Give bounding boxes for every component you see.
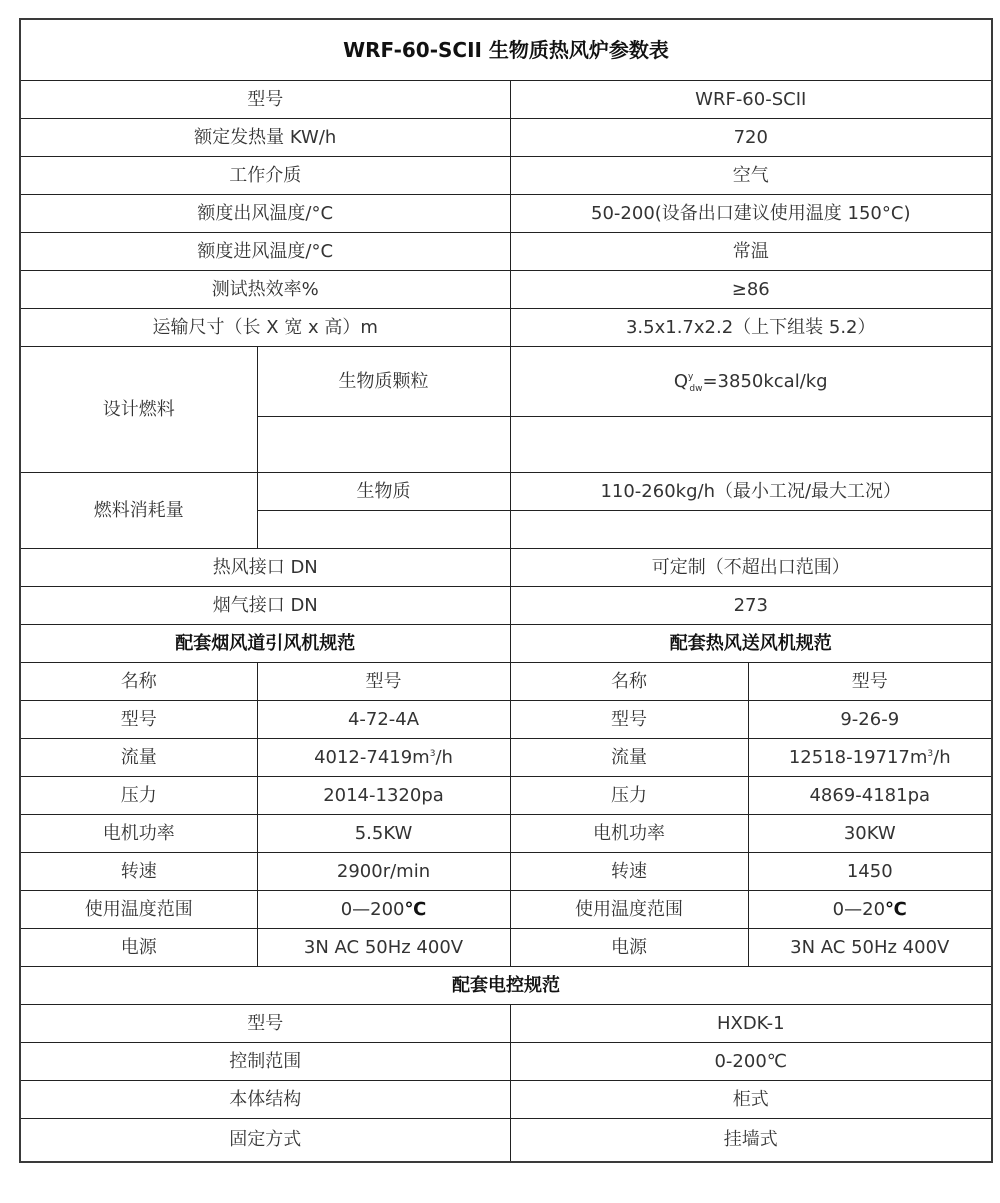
induced-fan-title: 配套烟风道引风机规范: [20, 625, 510, 663]
control-value: HXDK-1: [510, 1005, 992, 1043]
table-row: 测试热效率% ≥86: [20, 271, 992, 309]
table-row: 压力 2014-1320pa 压力 4869-4181pa: [20, 777, 992, 815]
col-header-name: 名称: [510, 663, 748, 701]
param-label: 型号: [20, 81, 510, 119]
param-value: 720: [510, 119, 992, 157]
table-row: 额定发热量 KW/h 720: [20, 119, 992, 157]
control-title: 配套电控规范: [20, 967, 992, 1005]
table-row: 额度进风温度/°C 常温: [20, 233, 992, 271]
interface-value: 273: [510, 587, 992, 625]
table-row: 电源 3N AC 50Hz 400V 电源 3N AC 50Hz 400V: [20, 929, 992, 967]
fan-spec-name: 电机功率: [510, 815, 748, 853]
table-row: 运输尺寸（长 X 宽 x 高）m 3.5x1.7x2.2（上下组装 5.2）: [20, 309, 992, 347]
table-title: WRF-60-SCII 生物质热风炉参数表: [20, 19, 992, 81]
interface-value: 可定制（不超出口范围）: [510, 549, 992, 587]
fan-spec-value: 5.5KW: [257, 815, 510, 853]
fan-spec-name: 流量: [510, 739, 748, 777]
control-label: 本体结构: [20, 1081, 510, 1119]
interface-label: 热风接口 DN: [20, 549, 510, 587]
control-label: 控制范围: [20, 1043, 510, 1081]
param-value: 常温: [510, 233, 992, 271]
param-label: 额定发热量 KW/h: [20, 119, 510, 157]
param-label: 工作介质: [20, 157, 510, 195]
table-row: 流量 4012-7419m3/h 流量 12518-19717m3/h: [20, 739, 992, 777]
control-section-header: 配套电控规范: [20, 967, 992, 1005]
fan-spec-value: 2900r/min: [257, 853, 510, 891]
col-header-name: 名称: [20, 663, 257, 701]
fuel-type: 生物质颗粒: [257, 347, 510, 417]
consumption-type-empty: [257, 511, 510, 549]
fan-spec-value: 0—200℃: [257, 891, 510, 929]
param-label: 测试热效率%: [20, 271, 510, 309]
table-row: 型号 WRF-60-SCII: [20, 81, 992, 119]
fan-spec-value: 3N AC 50Hz 400V: [257, 929, 510, 967]
table-row: 燃料消耗量 生物质 110-260kg/h（最小工况/最大工况）: [20, 473, 992, 511]
consumption-value: 110-260kg/h（最小工况/最大工况）: [510, 473, 992, 511]
fan-section-header: 配套烟风道引风机规范 配套热风送风机规范: [20, 625, 992, 663]
param-value: 3.5x1.7x2.2（上下组装 5.2）: [510, 309, 992, 347]
control-label: 型号: [20, 1005, 510, 1043]
fan-spec-name: 流量: [20, 739, 257, 777]
table-row: 工作介质 空气: [20, 157, 992, 195]
table-row: 烟气接口 DN 273: [20, 587, 992, 625]
table-row: 本体结构 柜式: [20, 1081, 992, 1119]
fan-spec-name: 使用温度范围: [20, 891, 257, 929]
fan-spec-value: 1450: [748, 853, 992, 891]
control-label: 固定方式: [20, 1119, 510, 1163]
fuel-heating-value: Qydw=3850kcal/kg: [510, 347, 992, 417]
fan-spec-name: 转速: [510, 853, 748, 891]
col-header-model: 型号: [257, 663, 510, 701]
control-value: 挂墙式: [510, 1119, 992, 1163]
consumption-value-empty: [510, 511, 992, 549]
fan-spec-name: 型号: [510, 701, 748, 739]
fan-spec-name: 使用温度范围: [510, 891, 748, 929]
fan-spec-value: 9-26-9: [748, 701, 992, 739]
fan-spec-value: 4012-7419m3/h: [257, 739, 510, 777]
fan-spec-name: 型号: [20, 701, 257, 739]
table-row: 固定方式 挂墙式: [20, 1119, 992, 1163]
fuel-value-empty: [510, 417, 992, 473]
fan-spec-name: 电机功率: [20, 815, 257, 853]
param-label: 额度进风温度/°C: [20, 233, 510, 271]
table-row: 控制范围 0-200℃: [20, 1043, 992, 1081]
col-header-model: 型号: [748, 663, 992, 701]
param-value: ≥86: [510, 271, 992, 309]
control-value: 0-200℃: [510, 1043, 992, 1081]
supply-fan-title: 配套热风送风机规范: [510, 625, 992, 663]
param-label: 运输尺寸（长 X 宽 x 高）m: [20, 309, 510, 347]
table-row: 使用温度范围 0—200℃ 使用温度范围 0—20℃: [20, 891, 992, 929]
fan-spec-value: 4869-4181pa: [748, 777, 992, 815]
fan-spec-value: 2014-1320pa: [257, 777, 510, 815]
fan-spec-name: 转速: [20, 853, 257, 891]
table-row: 型号 HXDK-1: [20, 1005, 992, 1043]
interface-label: 烟气接口 DN: [20, 587, 510, 625]
consumption-type: 生物质: [257, 473, 510, 511]
param-label: 额度出风温度/°C: [20, 195, 510, 233]
design-fuel-label: 设计燃料: [20, 347, 257, 473]
fuel-type-empty: [257, 417, 510, 473]
table-row: 转速 2900r/min 转速 1450: [20, 853, 992, 891]
fuel-consumption-label: 燃料消耗量: [20, 473, 257, 549]
fan-spec-value: 12518-19717m3/h: [748, 739, 992, 777]
control-value: 柜式: [510, 1081, 992, 1119]
fan-column-header: 名称 型号 名称 型号: [20, 663, 992, 701]
table-row: 热风接口 DN 可定制（不超出口范围）: [20, 549, 992, 587]
fan-spec-name: 电源: [510, 929, 748, 967]
table-row: 型号 4-72-4A 型号 9-26-9: [20, 701, 992, 739]
param-value: 空气: [510, 157, 992, 195]
fan-spec-name: 压力: [20, 777, 257, 815]
fan-spec-value: 30KW: [748, 815, 992, 853]
fan-spec-name: 压力: [510, 777, 748, 815]
heating-value-formula: Qydw=3850kcal/kg: [674, 371, 828, 392]
param-value: 50-200(设备出口建议使用温度 150°C): [510, 195, 992, 233]
fan-spec-value: 3N AC 50Hz 400V: [748, 929, 992, 967]
fan-spec-value: 4-72-4A: [257, 701, 510, 739]
table-row: 电机功率 5.5KW 电机功率 30KW: [20, 815, 992, 853]
table-row: 额度出风温度/°C 50-200(设备出口建议使用温度 150°C): [20, 195, 992, 233]
fan-spec-value: 0—20℃: [748, 891, 992, 929]
spec-table: WRF-60-SCII 生物质热风炉参数表 型号 WRF-60-SCII 额定发…: [19, 18, 993, 1163]
title-row: WRF-60-SCII 生物质热风炉参数表: [20, 19, 992, 81]
param-value: WRF-60-SCII: [510, 81, 992, 119]
fan-spec-name: 电源: [20, 929, 257, 967]
table-row: 设计燃料 生物质颗粒 Qydw=3850kcal/kg: [20, 347, 992, 417]
